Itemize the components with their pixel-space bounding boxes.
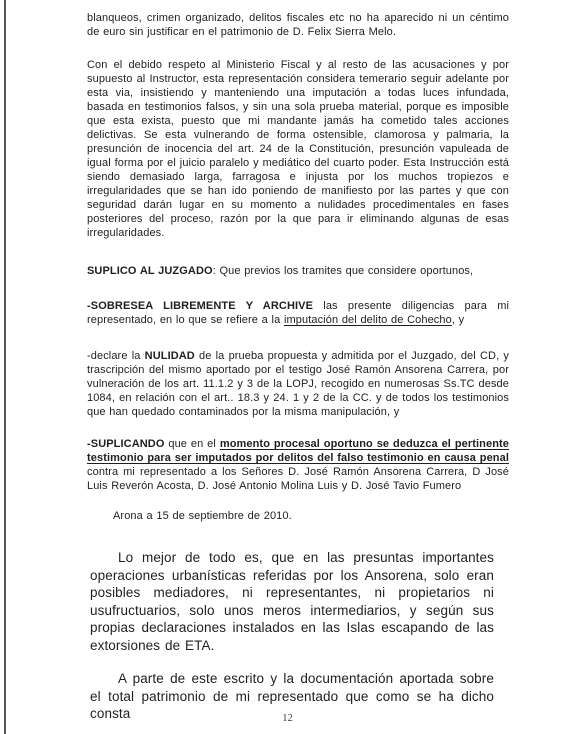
dateline: Arona a 15 de septiembre de 2010. — [87, 509, 509, 523]
paragraph-sobresea: -SOBRESEA LIBREMENTE Y ARCHIVE las prese… — [87, 299, 509, 327]
text-run: Lo mejor de todo es, que en las presunta… — [90, 550, 494, 653]
text-run: : Que previos los tramites que considere… — [213, 265, 474, 277]
text-run: que en el — [165, 438, 220, 450]
document-page: blanqueos, crimen organizado, delitos fi… — [0, 0, 581, 734]
paragraph-suplicando: -SUPLICANDO que en el momento procesal o… — [87, 437, 509, 493]
text-run: Con el debido respeto al Ministerio Fisc… — [87, 59, 509, 239]
text-run: SUPLICO AL JUZGADO — [87, 265, 213, 277]
text-run: blanqueos, crimen organizado, delitos fi… — [87, 12, 509, 38]
document-body: blanqueos, crimen organizado, delitos fi… — [87, 11, 509, 723]
text-run: contra mi representado a los Señores D. … — [87, 466, 509, 492]
paragraph-respeto: Con el debido respeto al Ministerio Fisc… — [87, 58, 509, 240]
paragraph-lo-mejor: Lo mejor de todo es, que en las presunta… — [90, 549, 494, 654]
text-run: -SUPLICANDO — [87, 438, 165, 450]
text-run: -SOBRESEA LIBREMENTE Y ARCHIVE — [87, 300, 313, 312]
page-number: 12 — [0, 713, 575, 724]
heading-suplico-al-juzgado: SUPLICO AL JUZGADO: Que previos los tram… — [87, 264, 509, 278]
paragraph-blanqueos: blanqueos, crimen organizado, delitos fi… — [87, 11, 509, 39]
text-run: -declare la — [87, 350, 145, 362]
text-run: Arona a 15 de septiembre de 2010. — [113, 510, 292, 522]
left-margin-line — [4, 0, 6, 734]
paragraph-nulidad: -declare la NULIDAD de la prueba propues… — [87, 349, 509, 419]
text-run: imputación del delito de Cohecho — [284, 314, 452, 326]
text-run: , y — [452, 314, 464, 326]
text-run: NULIDAD — [145, 350, 195, 362]
